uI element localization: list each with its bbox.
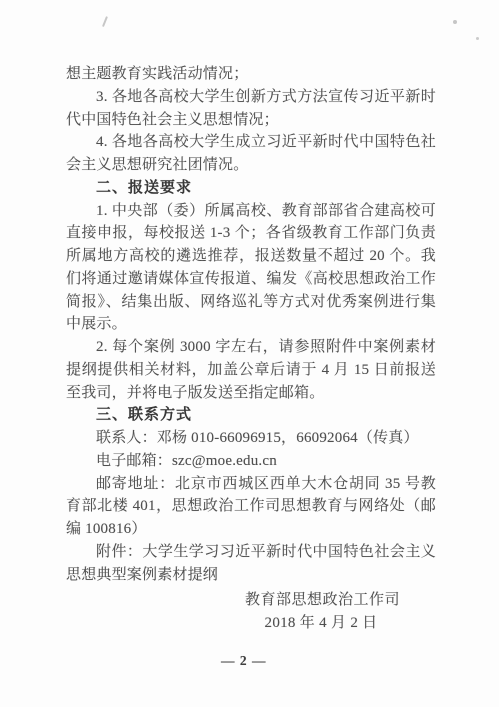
scan-artifact-speck	[476, 37, 479, 40]
paragraph: 想主题教育实践活动情况；	[66, 63, 436, 86]
issuer-name: 教育部思想政治工作司	[245, 589, 397, 612]
section-heading: 二、报送要求	[66, 177, 436, 200]
signature-block: 教育部思想政治工作司 2018 年 4 月 2 日	[245, 589, 397, 634]
paragraph: 3. 各地各高校大学生创新方式方法宣传习近平新时代中国特色社会主义思想情况；	[66, 86, 436, 132]
paragraph: 电子邮箱：szc@moe.edu.cn	[66, 450, 436, 473]
section-heading: 三、联系方式	[66, 404, 436, 427]
paragraph: 联系人：邓杨 010-66096915，66092064（传真）	[66, 427, 436, 450]
document-page: 想主题教育实践活动情况；3. 各地各高校大学生创新方式方法宣传习近平新时代中国特…	[0, 0, 499, 707]
document-body: 想主题教育实践活动情况；3. 各地各高校大学生创新方式方法宣传习近平新时代中国特…	[66, 63, 436, 586]
paragraph: 1. 中央部（委）所属高校、教育部部省合建高校可直接申报，每校报送 1-3 个；…	[66, 200, 436, 337]
paragraph: 附件：大学生学习习近平新时代中国特色社会主义思想典型案例素材提纲	[66, 541, 436, 587]
paragraph: 2. 每个案例 3000 字左右，请参照附件中案例素材提纲提供相关材料，加盖公章…	[66, 336, 436, 404]
page-number: — 2 —	[221, 653, 267, 669]
paragraph: 4. 各地各高校大学生成立习近平新时代中国特色社会主义思想研究社团情况。	[66, 131, 436, 177]
issue-date: 2018 年 4 月 2 日	[245, 612, 397, 635]
paragraph: 邮寄地址：北京市西城区西单大木仓胡同 35 号教育部北楼 401，思想政治工作司…	[66, 473, 436, 541]
scan-artifact-slash	[102, 16, 108, 27]
scan-artifact-speck	[453, 20, 457, 24]
